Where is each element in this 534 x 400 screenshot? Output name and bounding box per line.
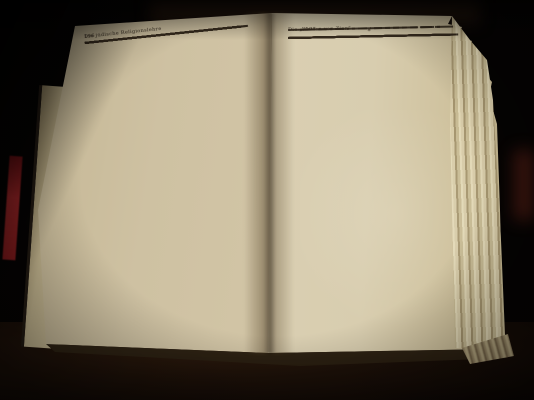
center-gutter-shadow [244,12,294,354]
photo-of-open-book: 196 Die jüdische Religionslehre Die „Wei… [0,0,534,400]
red-bookmark-ribbon [2,156,22,261]
open-book: 196 Die jüdische Religionslehre Die „Wei… [0,0,534,400]
camera-flash-glare [300,110,510,340]
